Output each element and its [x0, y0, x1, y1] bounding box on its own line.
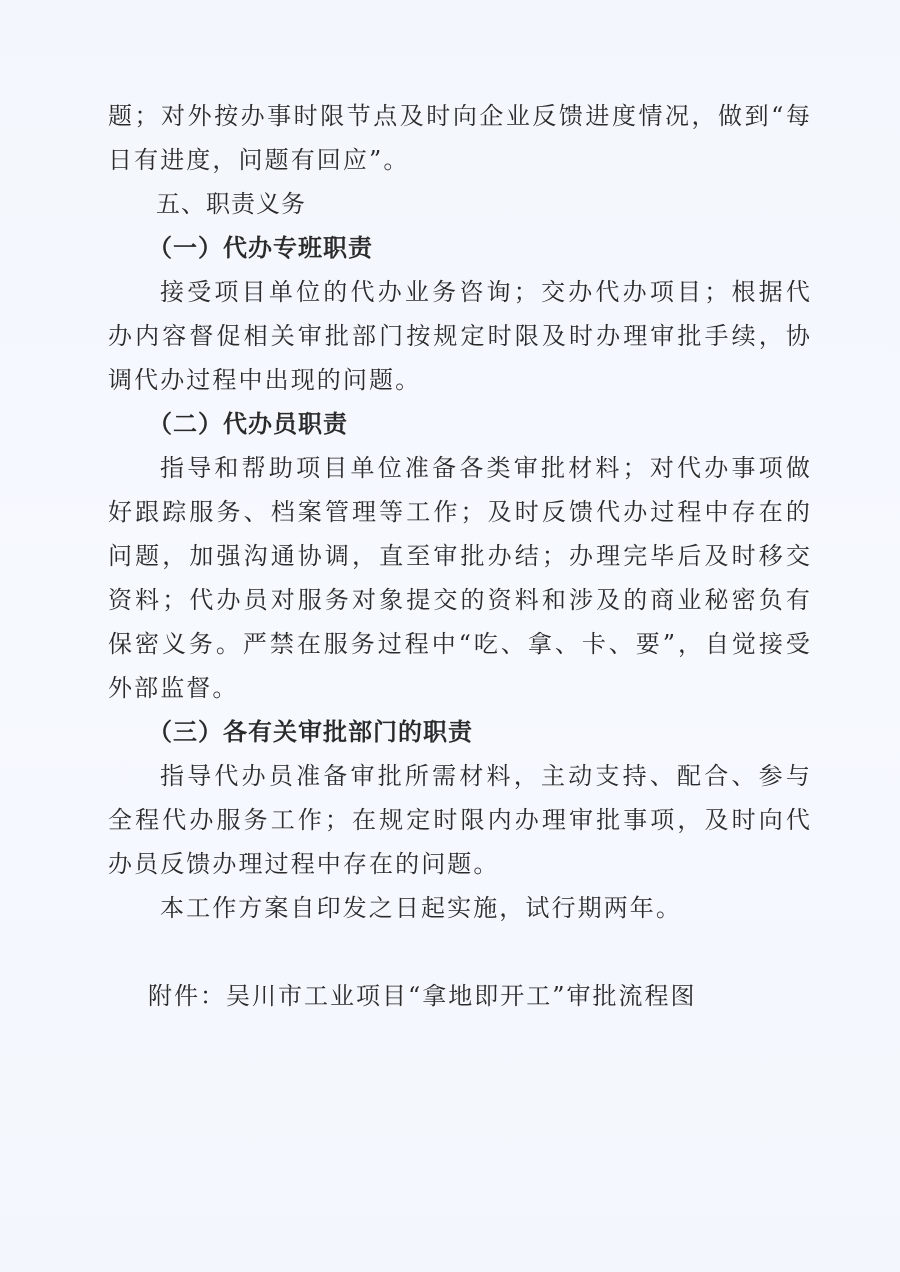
agent-duties-paragraph: 指导和帮助项目单位准备各类审批材料；对代办事项做好跟踪服务、档案管理等工作；及时…: [108, 446, 812, 710]
section-heading-duties: 五、职责义务: [108, 182, 812, 226]
subheading-task-force-duties: （一）代办专班职责: [108, 226, 812, 270]
department-duties-paragraph: 指导代办员准备审批所需材料，主动支持、配合、参与全程代办服务工作；在规定时限内办…: [108, 754, 812, 886]
blank-line: [108, 930, 812, 974]
document-body: 题；对外按办事时限节点及时向企业反馈进度情况，做到“每日有进度，问题有回应”。 …: [108, 94, 812, 1018]
document-page: 题；对外按办事时限节点及时向企业反馈进度情况，做到“每日有进度，问题有回应”。 …: [0, 0, 900, 1272]
task-force-duties-paragraph: 接受项目单位的代办业务咨询；交办代办项目；根据代办内容督促相关审批部门按规定时限…: [108, 270, 812, 402]
attachment-line: 附件：吴川市工业项目“拿地即开工”审批流程图: [108, 974, 812, 1018]
subheading-agent-duties: （二）代办员职责: [108, 402, 812, 446]
subheading-department-duties: （三）各有关审批部门的职责: [108, 710, 812, 754]
continuation-paragraph: 题；对外按办事时限节点及时向企业反馈进度情况，做到“每日有进度，问题有回应”。: [108, 94, 812, 182]
effective-date-paragraph: 本工作方案自印发之日起实施，试行期两年。: [108, 886, 812, 930]
